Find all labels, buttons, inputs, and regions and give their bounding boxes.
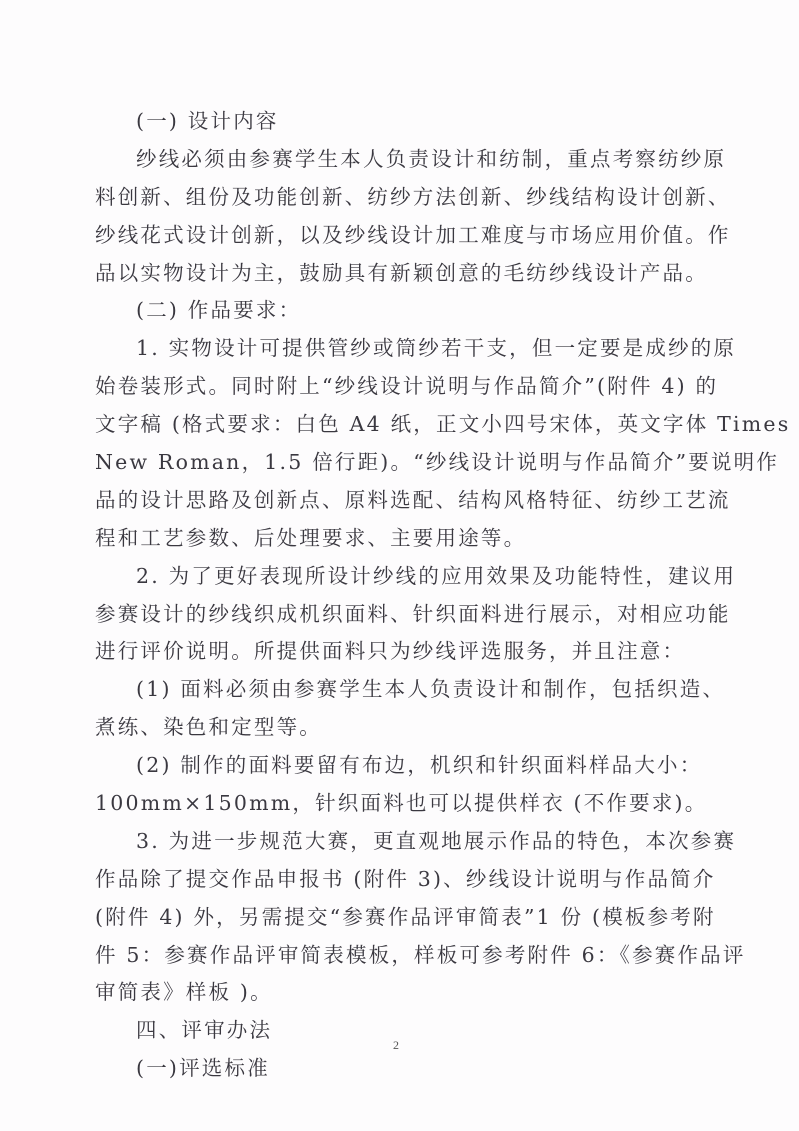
paragraph-line: 件 5：参赛作品评审简表模板，样板可参考附件 6：《参赛作品评 bbox=[95, 937, 709, 975]
page-number: 2 bbox=[393, 1038, 399, 1053]
section-heading-work-requirements: (二) 作品要求： bbox=[95, 292, 709, 330]
section-heading-selection-criteria: (一)评选标准 bbox=[95, 1050, 709, 1088]
paragraph-line: 品以实物设计为主，鼓励具有新颖创意的毛纺纱线设计产品。 bbox=[95, 255, 709, 293]
paragraph-line: 进行评价说明。所提供面料只为纱线评选服务，并且注意： bbox=[95, 633, 709, 671]
document-body: (一) 设计内容 纱线必须由参赛学生本人负责设计和纺制，重点考察纺纱原 料创新、… bbox=[95, 103, 709, 1088]
section-heading-review-method: 四、评审办法 bbox=[95, 1012, 709, 1050]
paragraph-line: 煮练、染色和定型等。 bbox=[95, 709, 709, 747]
paragraph-line: 参赛设计的纱线织成机织面料、针织面料进行展示，对相应功能 bbox=[95, 596, 709, 634]
paragraph-line: 始卷装形式。同时附上“纱线设计说明与作品简介”(附件 4) 的 bbox=[95, 368, 709, 406]
paragraph-line: 3. 为进一步规范大赛，更直观地展示作品的特色，本次参赛 bbox=[95, 823, 709, 861]
paragraph-line: (附件 4) 外，另需提交“参赛作品评审简表”1 份 (模板参考附 bbox=[95, 899, 709, 937]
paragraph-line: 文字稿 (格式要求：白色 A4 纸，正文小四号宋体，英文字体 Times bbox=[95, 406, 709, 444]
paragraph-line: 程和工艺参数、后处理要求、主要用途等。 bbox=[95, 520, 709, 558]
paragraph-line: 纱线必须由参赛学生本人负责设计和纺制，重点考察纺纱原 bbox=[95, 141, 709, 179]
paragraph-line: 2. 为了更好表现所设计纱线的应用效果及功能特性，建议用 bbox=[95, 558, 709, 596]
paragraph-line: (1) 面料必须由参赛学生本人负责设计和制作，包括织造、 bbox=[95, 671, 709, 709]
paragraph-line: New Roman，1.5 倍行距)。“纱线设计说明与作品简介”要说明作 bbox=[95, 444, 709, 482]
section-heading-design-content: (一) 设计内容 bbox=[95, 103, 709, 141]
paragraph-line: (2) 制作的面料要留有布边，机织和针织面料样品大小： bbox=[95, 747, 709, 785]
paragraph-line: 纱线花式设计创新，以及纱线设计加工难度与市场应用价值。作 bbox=[95, 217, 709, 255]
paragraph-line: 100mm×150mm，针织面料也可以提供样衣 (不作要求)。 bbox=[95, 785, 709, 823]
paragraph-line: 作品除了提交作品申报书 (附件 3)、纱线设计说明与作品简介 bbox=[95, 861, 709, 899]
paragraph-line: 审简表》样板 )。 bbox=[95, 974, 709, 1012]
paragraph-line: 料创新、组份及功能创新、纺纱方法创新、纱线结构设计创新、 bbox=[95, 179, 709, 217]
paragraph-line: 品的设计思路及创新点、原料选配、结构风格特征、纺纱工艺流 bbox=[95, 482, 709, 520]
paragraph-line: 1. 实物设计可提供管纱或筒纱若干支，但一定要是成纱的原 bbox=[95, 330, 709, 368]
